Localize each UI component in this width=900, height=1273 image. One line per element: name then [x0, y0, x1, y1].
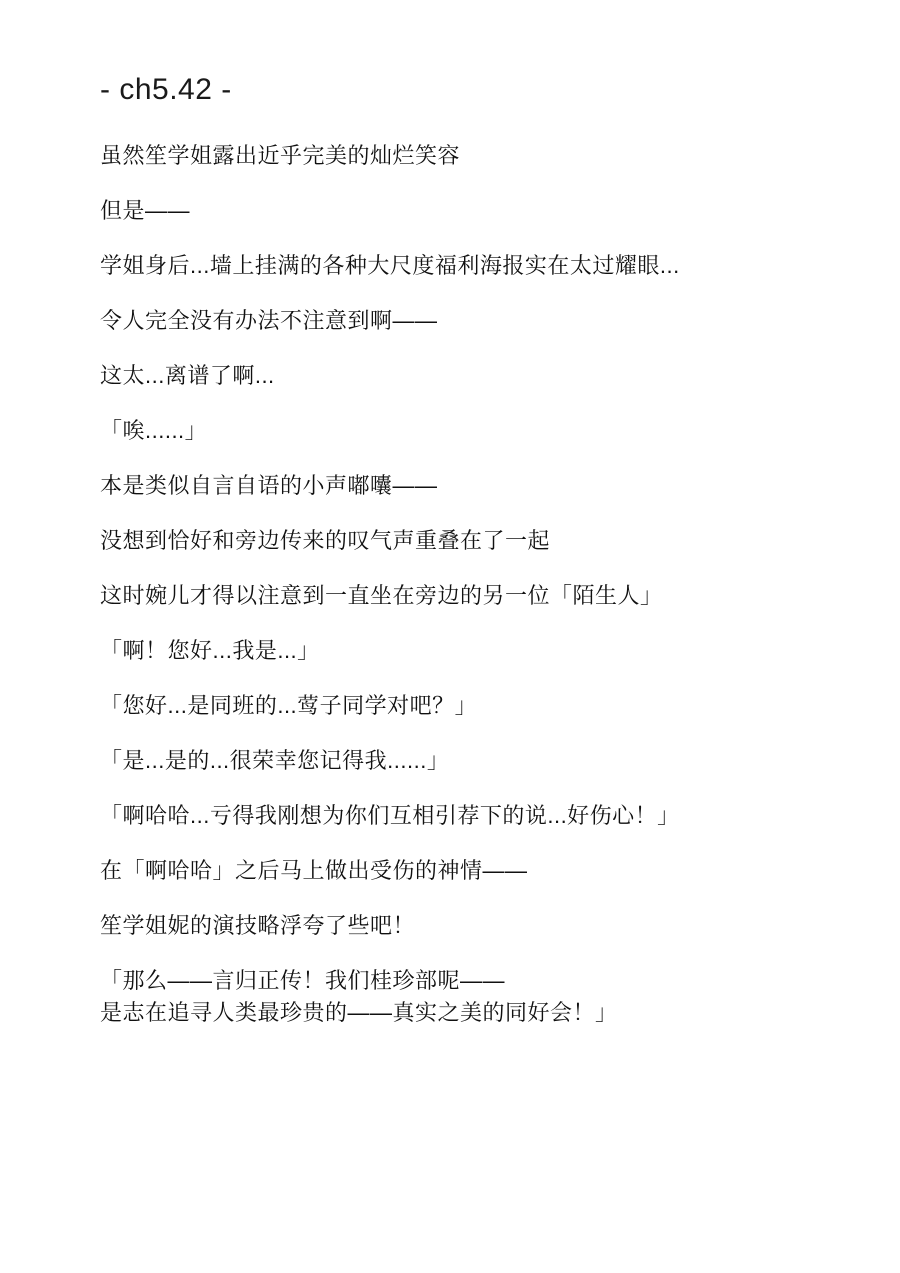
paragraph: 学姐身后...墙上挂满的各种大尺度福利海报实在太过耀眼... [100, 250, 810, 282]
paragraph: 本是类似自言自语的小声嘟囔—— [100, 470, 810, 502]
paragraph: 在「啊哈哈」之后马上做出受伤的神情—— [100, 855, 810, 887]
paragraph: 「啊哈哈...亏得我刚想为你们互相引荐下的说...好伤心！」 [100, 800, 810, 832]
paragraph: 笙学姐妮的演技略浮夸了些吧！ [100, 910, 810, 942]
paragraph: 「唉......」 [100, 415, 810, 447]
document-content: - ch5.42 - 虽然笙学姐露出近乎完美的灿烂笑容 但是—— 学姐身后...… [0, 0, 900, 1029]
paragraph: 「啊！您好...我是...」 [100, 635, 810, 667]
paragraph: 这太...离谱了啊... [100, 360, 810, 392]
paragraph: 令人完全没有办法不注意到啊—— [100, 305, 810, 337]
paragraph: 没想到恰好和旁边传来的叹气声重叠在了一起 [100, 525, 810, 557]
paragraph: 虽然笙学姐露出近乎完美的灿烂笑容 [100, 140, 810, 172]
paragraph: 「您好...是同班的...莺子同学对吧？」 [100, 690, 810, 722]
paragraph: 「那么——言归正传！我们桂珍部呢—— 是志在追寻人类最珍贵的——真实之美的同好会… [100, 965, 810, 1029]
paragraph: 这时婉儿才得以注意到一直坐在旁边的另一位「陌生人」 [100, 580, 810, 612]
chapter-title: - ch5.42 - [100, 70, 810, 110]
document-page: - ch5.42 - 虽然笙学姐露出近乎完美的灿烂笑容 但是—— 学姐身后...… [0, 0, 900, 1273]
paragraph: 「是...是的...很荣幸您记得我......」 [100, 745, 810, 777]
paragraph: 但是—— [100, 195, 810, 227]
